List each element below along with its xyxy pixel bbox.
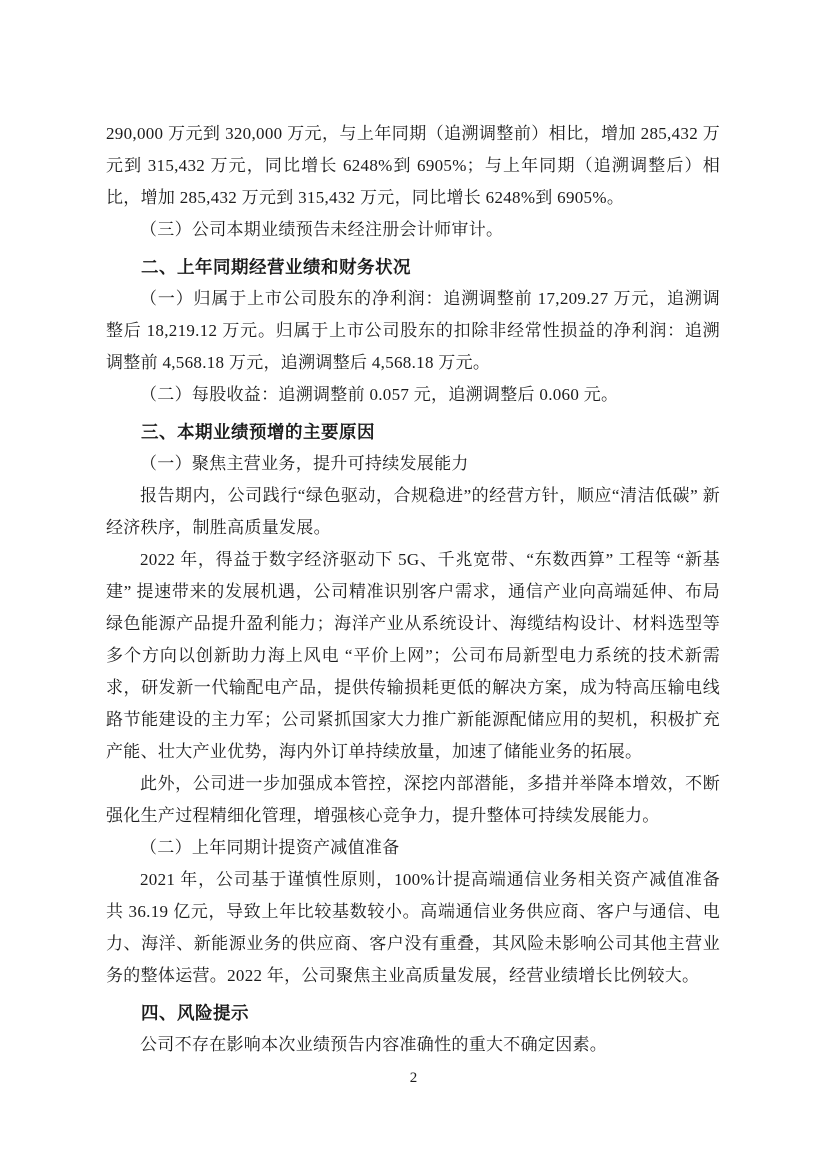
paragraph-eps: （二）每股收益：追溯调整前 0.057 元，追溯调整后 0.060 元。 [106,379,720,411]
page-number: 2 [0,1064,827,1092]
paragraph-operating-policy: 报告期内，公司践行“绿色驱动，合规稳进”的经营方针，顺应“清洁低碳” 新经济秩序… [106,480,720,544]
paragraph-impairment-subtitle: （二）上年同期计提资产减值准备 [106,832,720,864]
paragraph-2022-business-development: 2022 年，得益于数字经济驱动下 5G、千兆宽带、“东数西算” 工程等 “新基… [106,544,720,768]
paragraph-net-profit: （一）归属于上市公司股东的净利润：追溯调整前 17,209.27 万元，追溯调整… [106,283,720,379]
section-heading-risk-warning: 四、风险提示 [106,997,720,1029]
paragraph-risk-statement: 公司不存在影响本次业绩预告内容准确性的重大不确定因素。 [106,1029,720,1061]
document-body: 290,000 万元到 320,000 万元，与上年同期（追溯调整前）相比，增加… [106,118,720,1061]
paragraph-audit-note: （三）公司本期业绩预告未经注册会计师审计。 [106,214,720,246]
paragraph-continuation: 290,000 万元到 320,000 万元，与上年同期（追溯调整前）相比，增加… [106,118,720,214]
paragraph-cost-control: 此外，公司进一步加强成本管控，深挖内部潜能，多措并举降本增效，不断强化生产过程精… [106,768,720,832]
section-heading-prior-period-results: 二、上年同期经营业绩和财务状况 [106,251,720,283]
paragraph-2021-impairment-detail: 2021 年，公司基于谨慎性原则，100%计提高端通信业务相关资产减值准备共 3… [106,864,720,992]
section-heading-reasons-for-increase: 三、本期业绩预增的主要原因 [106,416,720,448]
document-page: 290,000 万元到 320,000 万元，与上年同期（追溯调整前）相比，增加… [0,0,827,1169]
paragraph-focus-main-business-subtitle: （一）聚焦主营业务，提升可持续发展能力 [106,448,720,480]
